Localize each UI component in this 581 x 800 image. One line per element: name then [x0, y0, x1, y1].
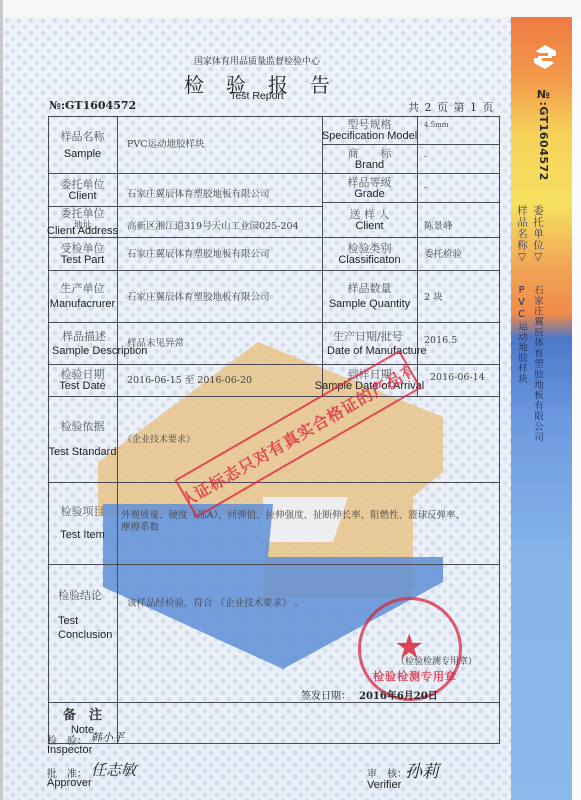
approver-signature: 任志敏: [91, 759, 136, 780]
issue-date: 签发日期：2016年6月20日: [301, 687, 438, 702]
value-test-date: 2016-06-15 至 2016-06-20: [127, 372, 252, 386]
side-value-client: 石家庄翼辰体育塑胶地板有限公司: [531, 285, 544, 443]
value-client: 石家庄翼辰体育塑胶地板有限公司: [127, 186, 270, 200]
report-number: №:GT1604572: [49, 99, 136, 112]
side-value-sample: PVC运动地胶样块: [515, 285, 528, 384]
verifier-signature: 孙莉: [405, 757, 439, 782]
value-test-standard: 《企业技术要求》: [123, 432, 195, 445]
inspector-signature: 韩小平: [91, 729, 124, 745]
label-manufacturer: 生产单位Manufacrurer: [48, 270, 117, 322]
value-classification: 委托检验: [424, 246, 462, 260]
value-test-item-line1: 外观质量、硬度（邵A）、回弹值、拉伸强度、扯断伸长率、阻燃性、篮球反弹率、: [121, 507, 465, 521]
value-date-of-manufacture: 2016.5: [424, 335, 457, 346]
value-test-item-line2: 摩擦系数: [121, 519, 159, 533]
label-grade: 样品等级Grade: [322, 173, 417, 202]
label-sample-description: 样品描述Sample Description: [48, 322, 117, 364]
official-seal: ★ 检验检测专用章: [358, 597, 462, 701]
value-test-conclusion: 该样品经检验，符合 《企业技术要求》 。: [127, 595, 304, 609]
value-test-part: 石家庄翼辰体育塑胶地板有限公司: [127, 246, 270, 260]
value-sender: 陈景峰: [424, 218, 453, 232]
value-grade: -: [424, 182, 427, 193]
label-test-date: 检验日期Test Date: [48, 364, 117, 396]
label-test-conclusion: 检验结论 Test Conclusion: [48, 564, 117, 702]
scan-top-margin: [0, 0, 581, 17]
label-sample: 样品名称Sample: [48, 116, 117, 173]
label-client-address: 委托单位地址Client Address: [48, 206, 117, 237]
value-manufacturer: 石家庄翼辰体育塑胶地板有限公司: [127, 289, 270, 303]
scan-right-margin: [572, 17, 581, 800]
value-arrival-date: 2016-06-14: [430, 372, 485, 383]
value-brand: -: [424, 151, 427, 162]
report-paper: 国家体育用品质量监督检验中心 检验报告 Test Report №:GT1604…: [3, 17, 511, 800]
label-classification: 检验类别Classificaton: [322, 237, 417, 270]
label-brand: 商 标Brand: [322, 144, 417, 173]
seal-note: （检验检测专用章）: [396, 654, 477, 667]
organization-name: 国家体育用品质量监督检验中心: [3, 54, 511, 67]
value-sample-description: 样品未见异常: [127, 335, 184, 349]
label-sample-quantity: 样品数量Sample Quantity: [322, 270, 417, 322]
side-label-sample: 样品名称▽: [515, 205, 528, 264]
value-spec-model: 4.5mm: [424, 121, 448, 129]
inspector-label-en: Inspector: [47, 744, 92, 756]
label-test-item: 检验项目Test Item: [48, 482, 117, 564]
value-sample: PVC运动地胶样块: [127, 136, 205, 150]
scan-left-edge: [0, 0, 3, 800]
value-client-address: 高新区湘江道319号天山工业园025-204: [127, 218, 299, 232]
approver-label-en: Approver: [47, 777, 92, 789]
verifier-label-en: Verifier: [367, 779, 401, 791]
center-logo-icon: [534, 45, 556, 69]
side-label-client: 委托单位▽: [531, 205, 544, 264]
verifier-label: 审 核：: [367, 765, 407, 780]
side-report-number: №:GT1604572: [530, 88, 550, 198]
label-test-part: 受检单位Test Part: [48, 237, 117, 270]
page-info: 共 2 页 第 1 页: [408, 99, 493, 115]
label-spec-model: 型号规格Specification Model: [322, 116, 417, 144]
label-test-standard: 检验依据Test Standard: [48, 396, 117, 482]
label-client: 委托单位Client: [48, 173, 117, 206]
label-sender: 送 样 人Client: [322, 202, 417, 237]
value-sample-quantity: 2 块: [424, 289, 443, 303]
